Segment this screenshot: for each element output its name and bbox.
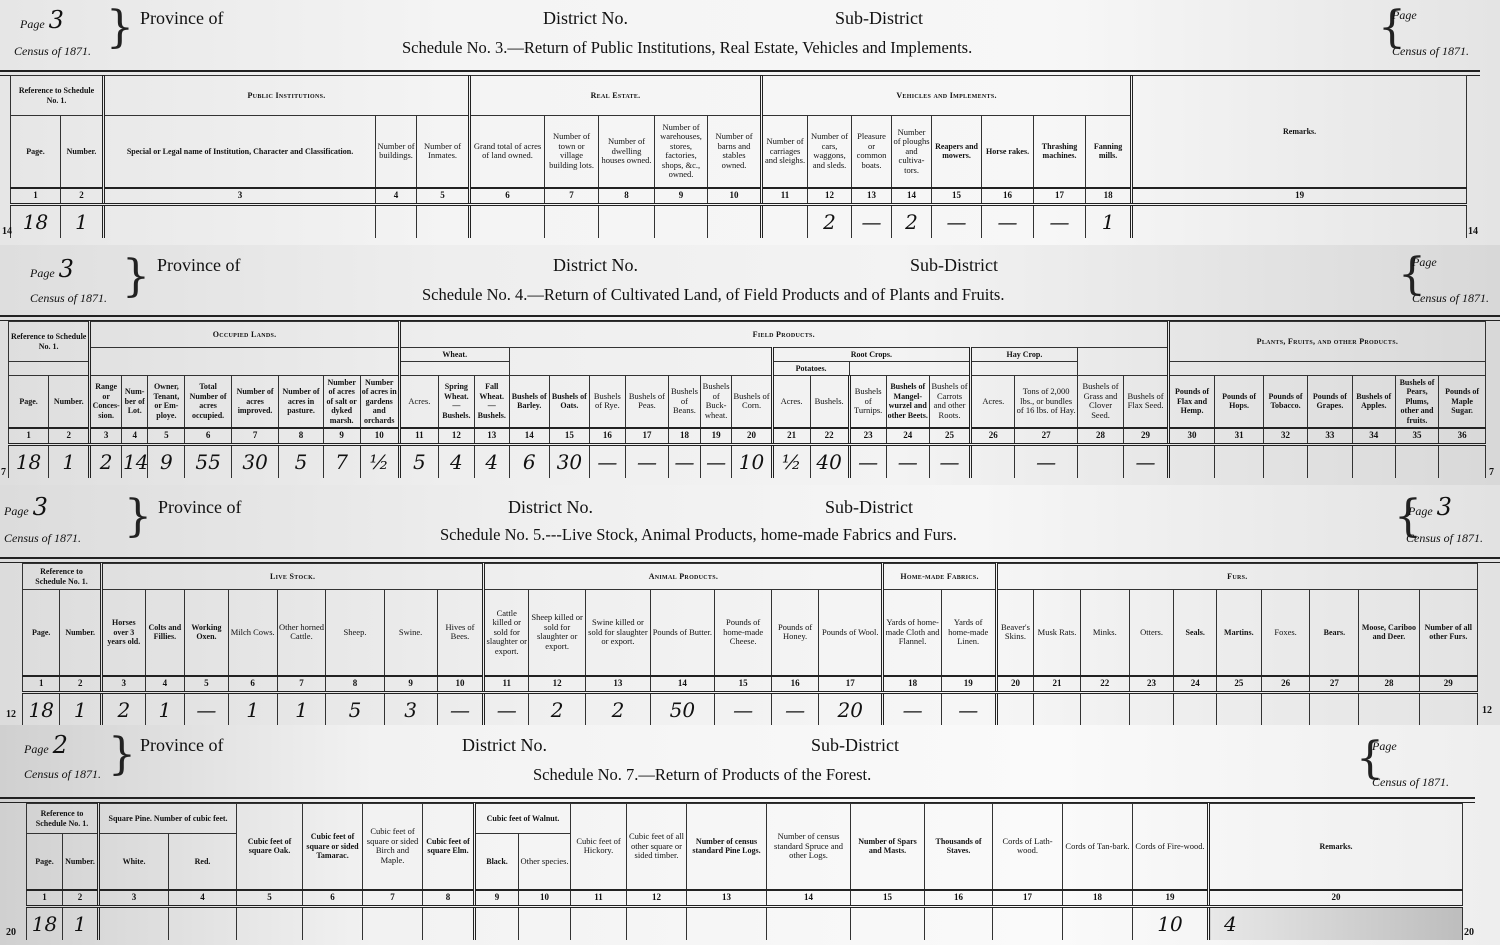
col-number: 1 (9, 428, 49, 445)
cell-value: 5 (326, 692, 384, 725)
cell-value (1174, 692, 1217, 725)
col-number: 13 (586, 676, 650, 693)
col-header: Yards of home-made Cloth and Flannel. (883, 590, 941, 676)
col-header: Bushels of Carrots and other Roots. (929, 376, 970, 428)
cell-value (1034, 692, 1081, 725)
cell-value (303, 906, 363, 940)
col-number: 6 (185, 428, 231, 445)
col-header: Pounds of Maple Sugar. (1439, 376, 1486, 428)
cell-value: — (700, 444, 732, 478)
col-number: 8 (326, 676, 384, 693)
cell-value (687, 906, 767, 940)
cell-value: 1 (1086, 204, 1132, 238)
col-header: Other horned Cattle. (277, 590, 326, 676)
cell-value: 1 (49, 444, 90, 478)
row-marker: 20 (1464, 927, 1474, 938)
cell-value (1216, 692, 1261, 725)
cell-value: 5 (279, 444, 323, 478)
cell-value: — (669, 444, 701, 478)
right-page-label: Page3 (1408, 493, 1452, 521)
col-number: 9 (384, 676, 437, 693)
schedule-title: Schedule No. 5.---Live Stock, Animal Pro… (440, 525, 957, 545)
col-number: 19 (1132, 188, 1467, 205)
col-header: Bushels of Corn. (732, 376, 772, 428)
col-header: Swine killed or sold for slaughter or ex… (586, 590, 650, 676)
col-number: 5 (148, 428, 185, 445)
cell-value: 2 (808, 204, 852, 238)
group-root-crops: Root Crops. (772, 348, 971, 362)
brace-icon: } (108, 733, 136, 777)
cell-value: — (883, 692, 941, 725)
col-header: Horses over 3 years old. (101, 590, 145, 676)
col-header: Bushels of Peas. (625, 376, 668, 428)
page-label: Page3 (20, 6, 64, 34)
col-remarks-header: Remarks. (1209, 804, 1463, 890)
cell-value (851, 906, 925, 940)
group-live-stock: Live Stock. (101, 564, 483, 590)
col-header: Cords of Fire-wood. (1133, 804, 1209, 890)
col-header: Seals. (1174, 590, 1217, 676)
right-census-label: Census of 1871. (1372, 775, 1449, 790)
col-number: 11 (484, 676, 529, 693)
cell-value: — (929, 444, 970, 478)
col-header: Acres. (772, 376, 810, 428)
col-number: 6 (470, 188, 545, 205)
cell-value (363, 906, 423, 940)
col-number: 18 (669, 428, 701, 445)
col-number: 13 (474, 428, 509, 445)
group-furs: Furs. (996, 564, 1477, 590)
right-page-label: Page (1392, 8, 1417, 23)
cell-value: — (941, 692, 996, 725)
col-number: 12 (438, 428, 474, 445)
cell-value (99, 906, 169, 940)
cell-value (762, 204, 808, 238)
schedule-4-table: Reference to Schedule No. 1. Occupied La… (8, 321, 1486, 478)
spacer (1077, 348, 1168, 376)
col-number: 17 (625, 428, 668, 445)
col-header: Number. (63, 834, 99, 890)
cell-value (1132, 204, 1467, 238)
col-number: 19 (941, 676, 996, 693)
schedule-7-table: Reference to Schedule No. 1. Square Pine… (26, 803, 1463, 940)
brace-icon: } (124, 495, 152, 539)
col-number: 29 (1124, 428, 1169, 445)
col-header: Bushels of Buck-wheat. (700, 376, 732, 428)
table-row: 18 1 2 1 — 1 1 5 3 — — 2 2 50 — — 20 — — (23, 692, 1478, 725)
col-number: 15 (549, 428, 589, 445)
col-header: Number of Spars and Masts. (851, 804, 925, 890)
schedule-3-strip: Page3 Census of 1871. } Province of Dist… (0, 0, 1500, 245)
col-number: 18 (1086, 188, 1132, 205)
col-number: 17 (818, 676, 883, 693)
col-header: Number of ploughs and cultiva-tors. (892, 116, 932, 188)
col-header: Pounds of Honey. (772, 590, 819, 676)
col-header: Bushels of Mangel-wurzel and other Beets… (886, 376, 929, 428)
col-header: Sheep killed or sold for slaughter or ex… (529, 590, 586, 676)
province-label: Province of (140, 735, 223, 756)
col-header: Acres. (399, 376, 438, 428)
schedule-3-table: Reference to Schedule No. 1. Public Inst… (10, 75, 1467, 238)
col-number: 14 (650, 676, 714, 693)
col-header: Black. (475, 834, 519, 890)
col-header: Bushels of Beans. (669, 376, 701, 428)
right-census-label: Census of 1871. (1392, 44, 1469, 59)
col-number: 35 (1395, 428, 1438, 445)
col-header: Cords of Tan-bark. (1063, 804, 1133, 890)
col-number: 3 (101, 676, 145, 693)
col-number: 14 (767, 890, 851, 907)
cell-value: 14 (122, 444, 148, 478)
cell-value: 2 (892, 204, 932, 238)
col-header: Working Oxen. (185, 590, 229, 676)
col-header: Number of Inmates. (417, 116, 470, 188)
col-number: 33 (1308, 428, 1352, 445)
cell-value (971, 444, 1015, 478)
col-header: Other species. (519, 834, 571, 890)
cell-value: 55 (185, 444, 231, 478)
group-vehicles: Vehicles and Implements. (762, 76, 1132, 116)
col-header: Number. (60, 590, 102, 676)
subdistrict-label: Sub-District (811, 735, 899, 756)
col-header: Bushels of Turnips. (849, 376, 886, 428)
col-header: Cubic feet of square Oak. (237, 804, 303, 890)
district-label: District No. (462, 735, 547, 756)
col-number: 19 (700, 428, 732, 445)
cell-value: — (484, 692, 529, 725)
col-number: 3 (90, 428, 122, 445)
cell-value (1129, 692, 1174, 725)
cell-value (519, 906, 571, 940)
group-occupied-lands: Occupied Lands. (90, 322, 400, 348)
col-number: 20 (732, 428, 772, 445)
right-page-label: Page (1372, 739, 1397, 754)
subdistrict-label: Sub-District (910, 255, 998, 276)
col-number: 32 (1263, 428, 1307, 445)
col-number: 7 (277, 676, 326, 693)
group-field-products: Field Products. (399, 322, 1168, 348)
col-header: Spring Wheat. — Bushels. (438, 376, 474, 428)
col-header: Swine. (384, 590, 437, 676)
col-header: Number of warehouses, stores, factories,… (655, 116, 708, 188)
cell-value (423, 906, 475, 940)
census-label: Census of 1871. (14, 44, 91, 59)
cell-value: — (185, 692, 229, 725)
col-header: Pounds of Flax and Hemp. (1168, 376, 1214, 428)
cell-value: — (982, 204, 1034, 238)
col-header: Martins. (1216, 590, 1261, 676)
col-header: Pounds of Tobacco. (1263, 376, 1307, 428)
table-row: 18 1 10 4 (27, 906, 1463, 940)
cell-value: 9 (148, 444, 185, 478)
col-header: Bushels of Barley. (509, 376, 549, 428)
col-number: 25 (1216, 676, 1261, 693)
col-number: 36 (1439, 428, 1486, 445)
row-marker: 12 (6, 709, 16, 720)
schedule-5-strip: Page3 Census of 1871. } Province of Dist… (0, 485, 1500, 725)
col-header: Pounds of home-made Cheese. (715, 590, 772, 676)
col-number: 15 (932, 188, 982, 205)
col-header: Bears. (1310, 590, 1359, 676)
col-number: 23 (849, 428, 886, 445)
col-header: Cubic feet of square or sided Tamarac. (303, 804, 363, 890)
group-reference: Reference to Schedule No. 1. (11, 76, 104, 116)
cell-value (655, 204, 708, 238)
schedule-5-table: Reference to Schedule No. 1. Live Stock.… (22, 563, 1478, 725)
cell-value: 1 (228, 692, 277, 725)
cell-value (1419, 692, 1477, 725)
cell-value: 1 (145, 692, 184, 725)
schedule-title: Schedule No. 3.—Return of Public Institu… (402, 38, 972, 58)
col-number: 26 (971, 428, 1015, 445)
col-header: Foxes. (1261, 590, 1310, 676)
col-header: Cubic feet of Hickory. (571, 804, 627, 890)
cell-value: 5 (399, 444, 438, 478)
table-row: 18 1 2 14 9 55 30 5 7 ½ 5 4 4 6 30 — — —… (9, 444, 1486, 478)
col-number: 16 (982, 188, 1034, 205)
cell-value (1310, 692, 1359, 725)
cell-value: — (437, 692, 484, 725)
col-header (9, 362, 90, 376)
col-header: Owner, Tenant, or Em-ploye. (148, 376, 185, 428)
col-number: 8 (423, 890, 475, 907)
col-number: 15 (715, 676, 772, 693)
col-header: Number of town or village building lots. (545, 116, 599, 188)
brace-icon: } (106, 6, 134, 50)
col-number: 21 (1034, 676, 1081, 693)
spacer (849, 362, 970, 376)
cell-value (1215, 444, 1264, 478)
col-number: 12 (529, 676, 586, 693)
col-header: Otters. (1129, 590, 1174, 676)
cell-value (1308, 444, 1352, 478)
cell-value: — (772, 692, 819, 725)
col-header: Page. (11, 116, 61, 188)
right-census-label: Census of 1871. (1406, 531, 1483, 546)
cell-value: 4 (1209, 906, 1463, 940)
cell-value: 2 (529, 692, 586, 725)
cell-value: 40 (810, 444, 849, 478)
district-label: District No. (553, 255, 638, 276)
col-number: 21 (772, 428, 810, 445)
cell-value (996, 692, 1033, 725)
right-census-label: Census of 1871. (1412, 291, 1489, 306)
col-number: 9 (475, 890, 519, 907)
group-wheat: Wheat. (399, 348, 509, 362)
col-number: 1 (11, 188, 61, 205)
cell-value (925, 906, 993, 940)
group-real-estate: Real Estate. (470, 76, 762, 116)
col-number: 3 (104, 188, 376, 205)
col-header: White. (99, 834, 169, 890)
col-header: Bushels of Rye. (589, 376, 625, 428)
col-number: 8 (279, 428, 323, 445)
col-header: Bushels of Apples. (1352, 376, 1395, 428)
col-number: 6 (228, 676, 277, 693)
col-header: Pounds of Wool. (818, 590, 883, 676)
col-header: Range or Conces-sion. (90, 376, 122, 428)
cell-value: 1 (63, 906, 99, 940)
cell-value (1077, 444, 1123, 478)
cell-value: 1 (60, 692, 102, 725)
row-marker: 14 (2, 226, 12, 237)
col-number: 22 (1080, 676, 1129, 693)
col-header: Pounds of Butter. (650, 590, 714, 676)
cell-value: 30 (549, 444, 589, 478)
col-number: 8 (599, 188, 655, 205)
col-header: Pounds of Grapes. (1308, 376, 1352, 428)
col-header: Number of census standard Spruce and oth… (767, 804, 851, 890)
col-header: Yards of home-made Linen. (941, 590, 996, 676)
col-header: Tons of 2,000 lbs., or bundles of 16 lbs… (1015, 376, 1077, 428)
col-number: 17 (993, 890, 1063, 907)
schedule-7-strip: Page2 Census of 1871. } Province of Dist… (0, 725, 1500, 945)
cell-value (599, 204, 655, 238)
col-number: 10 (360, 428, 399, 445)
cell-value: — (589, 444, 625, 478)
province-label: Province of (140, 8, 223, 29)
col-number: 24 (1174, 676, 1217, 693)
cell-value: 4 (474, 444, 509, 478)
cell-value: 18 (9, 444, 49, 478)
cell-value: 7 (323, 444, 360, 478)
cell-value: 20 (818, 692, 883, 725)
cell-value: — (849, 444, 886, 478)
cell-value: — (1015, 444, 1077, 478)
col-header: Page. (9, 376, 49, 428)
col-header: Number of carriages and sleighs. (762, 116, 808, 188)
cell-value (376, 204, 417, 238)
col-header: Musk Rats. (1034, 590, 1081, 676)
row-marker: 20 (6, 927, 16, 938)
col-header: Page. (27, 834, 63, 890)
cell-value: — (1124, 444, 1169, 478)
col-number: 16 (772, 676, 819, 693)
col-number: 17 (1034, 188, 1086, 205)
schedule-title: Schedule No. 4.—Return of Cultivated Lan… (422, 285, 1004, 305)
cell-value: 1 (61, 204, 104, 238)
page-label: Page3 (30, 255, 74, 283)
col-number: 2 (61, 188, 104, 205)
col-header: Number. (61, 116, 104, 188)
col-header: Horse rakes. (982, 116, 1034, 188)
col-number: 9 (323, 428, 360, 445)
col-number: 1 (23, 676, 60, 693)
cell-value (104, 204, 376, 238)
col-header: Cords of Lath-wood. (993, 804, 1063, 890)
col-number: 11 (762, 188, 808, 205)
col-number: 22 (810, 428, 849, 445)
col-header: Milch Cows. (228, 590, 277, 676)
col-number: 5 (417, 188, 470, 205)
col-header: Beaver's Skins. (996, 590, 1033, 676)
cell-value (571, 906, 627, 940)
cell-value: 30 (231, 444, 279, 478)
row-marker: 14 (1468, 226, 1478, 237)
col-header: Bushels of Oats. (549, 376, 589, 428)
cell-value (417, 204, 470, 238)
col-number: 4 (122, 428, 148, 445)
col-header: Bushels. (810, 376, 849, 428)
cell-value: 1 (277, 692, 326, 725)
col-number: 11 (571, 890, 627, 907)
spacer (971, 362, 1078, 376)
col-header: Bushels of Flax Seed. (1124, 376, 1169, 428)
col-number: 23 (1129, 676, 1174, 693)
col-header: Number of acres in gardens and orchards (360, 376, 399, 428)
cell-value (1395, 444, 1438, 478)
district-label: District No. (543, 8, 628, 29)
col-number: 2 (49, 428, 90, 445)
col-number: 24 (886, 428, 929, 445)
col-header: Cubic feet of square Elm. (423, 804, 475, 890)
col-number: 30 (1168, 428, 1214, 445)
col-number: 25 (929, 428, 970, 445)
cell-value (1439, 444, 1486, 478)
right-page-label: Page (1412, 255, 1437, 270)
col-number: 12 (627, 890, 687, 907)
spacer (399, 362, 509, 376)
col-number: 10 (708, 188, 762, 205)
cell-value: 10 (1133, 906, 1209, 940)
col-number: 20 (1209, 890, 1463, 907)
col-number: 10 (519, 890, 571, 907)
cell-value: — (715, 692, 772, 725)
cell-value: 6 (509, 444, 549, 478)
cell-value: 3 (384, 692, 437, 725)
cell-value (470, 204, 545, 238)
cell-value: — (1034, 204, 1086, 238)
cell-value: 18 (11, 204, 61, 238)
col-header: Number of acres in pasture. (279, 376, 323, 428)
col-number: 7 (231, 428, 279, 445)
group-reference: Reference to Schedule No. 1. (9, 322, 90, 362)
col-header: Red. (169, 834, 237, 890)
cell-value (708, 204, 762, 238)
census-label: Census of 1871. (4, 531, 81, 546)
col-number: 13 (687, 890, 767, 907)
col-number: 34 (1352, 428, 1395, 445)
col-header: Number of acres of salt or dyked marsh. (323, 376, 360, 428)
col-header: Bushels of Pears, Plums, other and fruit… (1395, 376, 1438, 428)
cell-value: 18 (23, 692, 60, 725)
cell-value: 2 (586, 692, 650, 725)
col-header: Number of barns and stables owned. (708, 116, 762, 188)
subdistrict-label: Sub-District (835, 8, 923, 29)
col-number: 9 (655, 188, 708, 205)
col-number: 2 (60, 676, 102, 693)
col-remarks-header: Remarks. (1132, 76, 1467, 188)
spacer (1168, 362, 1485, 376)
col-number: 31 (1215, 428, 1264, 445)
col-number: 16 (925, 890, 993, 907)
col-header: Total Number of acres occupied. (185, 376, 231, 428)
col-header: Cubic feet of all other square or sided … (627, 804, 687, 890)
col-header: Num-ber of Lot. (122, 376, 148, 428)
group-public-institutions: Public Institutions. (104, 76, 470, 116)
col-number: 28 (1077, 428, 1123, 445)
col-number: 18 (883, 676, 941, 693)
col-header: Thousands of Staves. (925, 804, 993, 890)
col-number: 7 (363, 890, 423, 907)
cell-value (169, 906, 237, 940)
table-row: 18 1 2 — 2 — — — 1 (11, 204, 1467, 238)
col-header: Minks. (1080, 590, 1129, 676)
col-header: Grand total of acres of land owned. (470, 116, 545, 188)
col-header: Moose, Cariboo and Deer. (1359, 590, 1419, 676)
cell-value (627, 906, 687, 940)
schedule-title: Schedule No. 7.—Return of Products of th… (533, 765, 871, 785)
